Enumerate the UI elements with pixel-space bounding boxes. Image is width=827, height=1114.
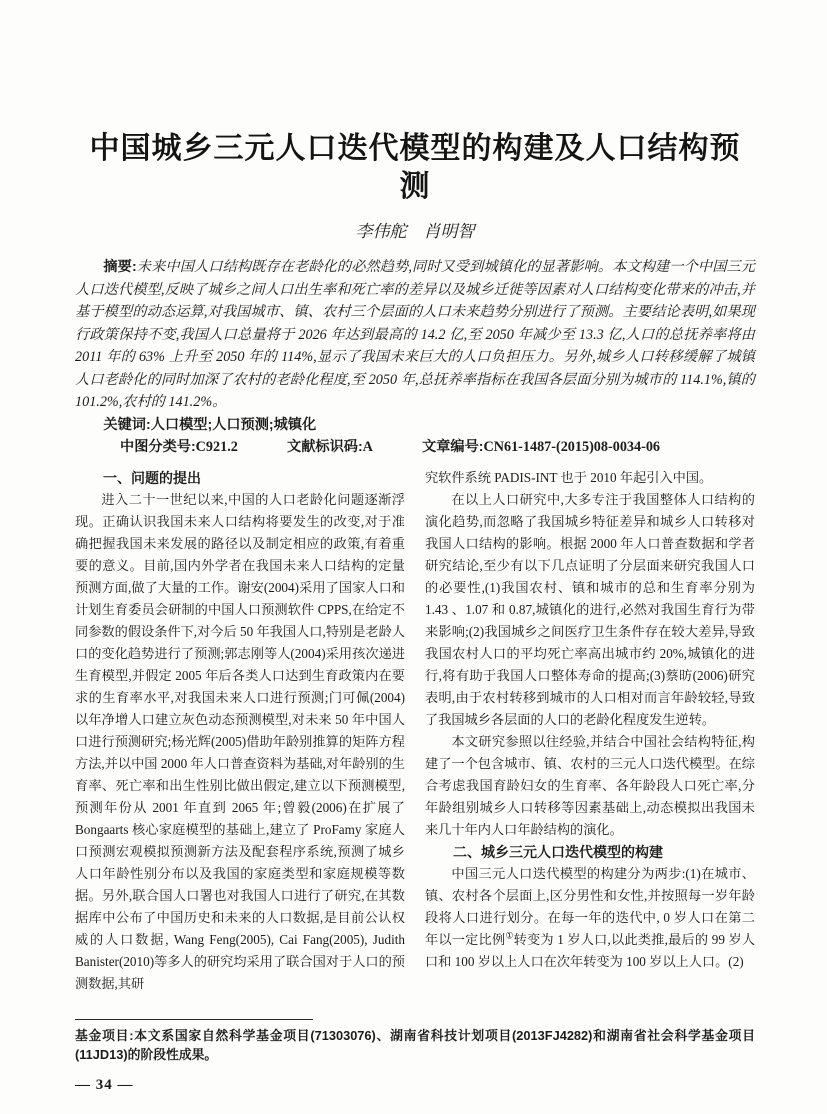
section-1-paragraph-1: 进入二十一世纪以来,中国的人口老龄化问题逐渐浮现。正确认识我国未来人口结构将要发… [75, 489, 405, 995]
section-1-paragraph-2: 在以上人口研究中,大多专注于我国整体人口结构的演化趋势,而忽略了我国城乡特征差异… [425, 489, 755, 731]
column-left: 一、问题的提出 进入二十一世纪以来,中国的人口老龄化问题逐渐浮现。正确认识我国未… [75, 467, 405, 1015]
article-number: 文章编号:CN61-1487-(2015)08-0034-06 [422, 436, 660, 459]
section-2-paragraph-1: 中国三元人口迭代模型的构建分为两步:(1)在城市、镇、农村各个层面上,区分男性和… [425, 863, 755, 973]
document-code-value: A [363, 439, 373, 455]
two-column-body: 一、问题的提出 进入二十一世纪以来,中国的人口老龄化问题逐渐浮现。正确认识我国未… [75, 467, 755, 1015]
scanned-paper-page: 中国城乡三元人口迭代模型的构建及人口结构预测 李伟舵 肖明智 摘要:未来中国人口… [0, 0, 827, 1114]
article-number-label: 文章编号: [422, 439, 483, 455]
fund-project-note: 基金项目:本文系国家自然科学基金项目(71303076)、湖南省科技计划项目(2… [75, 1026, 755, 1064]
authors: 李伟舵 肖明智 [75, 222, 755, 242]
article-number-value: CN61-1487-(2015)08-0034-06 [483, 439, 660, 455]
section-1-paragraph-1-continued: 究软件系统 PADIS-INT 也于 2010 年起引入中国。 [425, 467, 755, 489]
section-1-paragraph-3: 本文研究参照以往经验,并结合中国社会结构特征,构建了一个包含城市、镇、农村的三元… [425, 731, 755, 841]
footnote-divider [75, 1019, 313, 1020]
keywords-line: 关键词:人口模型;人口预测;城镇化 [75, 414, 755, 437]
classification-line: 中图分类号:C921.2 文献标识码:A 文章编号:CN61-1487-(201… [75, 436, 755, 459]
clc-value: C921.2 [196, 439, 238, 455]
document-code-label: 文献标识码: [287, 439, 363, 455]
clc-label: 中图分类号: [120, 439, 196, 455]
page-number: — 34 — [75, 1076, 755, 1094]
fund-project-label: 基金项目: [75, 1028, 133, 1043]
clc-number: 中图分类号:C921.2 [120, 436, 287, 459]
article-title: 中国城乡三元人口迭代模型的构建及人口结构预测 [75, 130, 755, 206]
fund-project-text: 本文系国家自然科学基金项目(71303076)、湖南省科技计划项目(2013FJ… [75, 1028, 755, 1062]
document-code: 文献标识码:A [287, 436, 422, 459]
section-1-heading: 一、问题的提出 [75, 467, 405, 489]
abstract-text: 未来中国人口结构既存在老龄化的必然趋势,同时又受到城镇化的显著影响。本文构建一个… [75, 259, 755, 410]
page-content: 中国城乡三元人口迭代模型的构建及人口结构预测 李伟舵 肖明智 摘要:未来中国人口… [75, 0, 755, 1094]
section-2-heading: 二、城乡三元人口迭代模型的构建 [425, 841, 755, 863]
keywords-label: 关键词: [103, 417, 150, 433]
keywords-text: 人口模型;人口预测;城镇化 [151, 417, 317, 433]
column-right: 究软件系统 PADIS-INT 也于 2010 年起引入中国。 在以上人口研究中… [425, 467, 755, 1015]
abstract: 摘要:未来中国人口结构既存在老龄化的必然趋势,同时又受到城镇化的显著影响。本文构… [75, 256, 755, 414]
footnote-marker: ① [505, 930, 513, 940]
abstract-label: 摘要: [103, 259, 136, 275]
